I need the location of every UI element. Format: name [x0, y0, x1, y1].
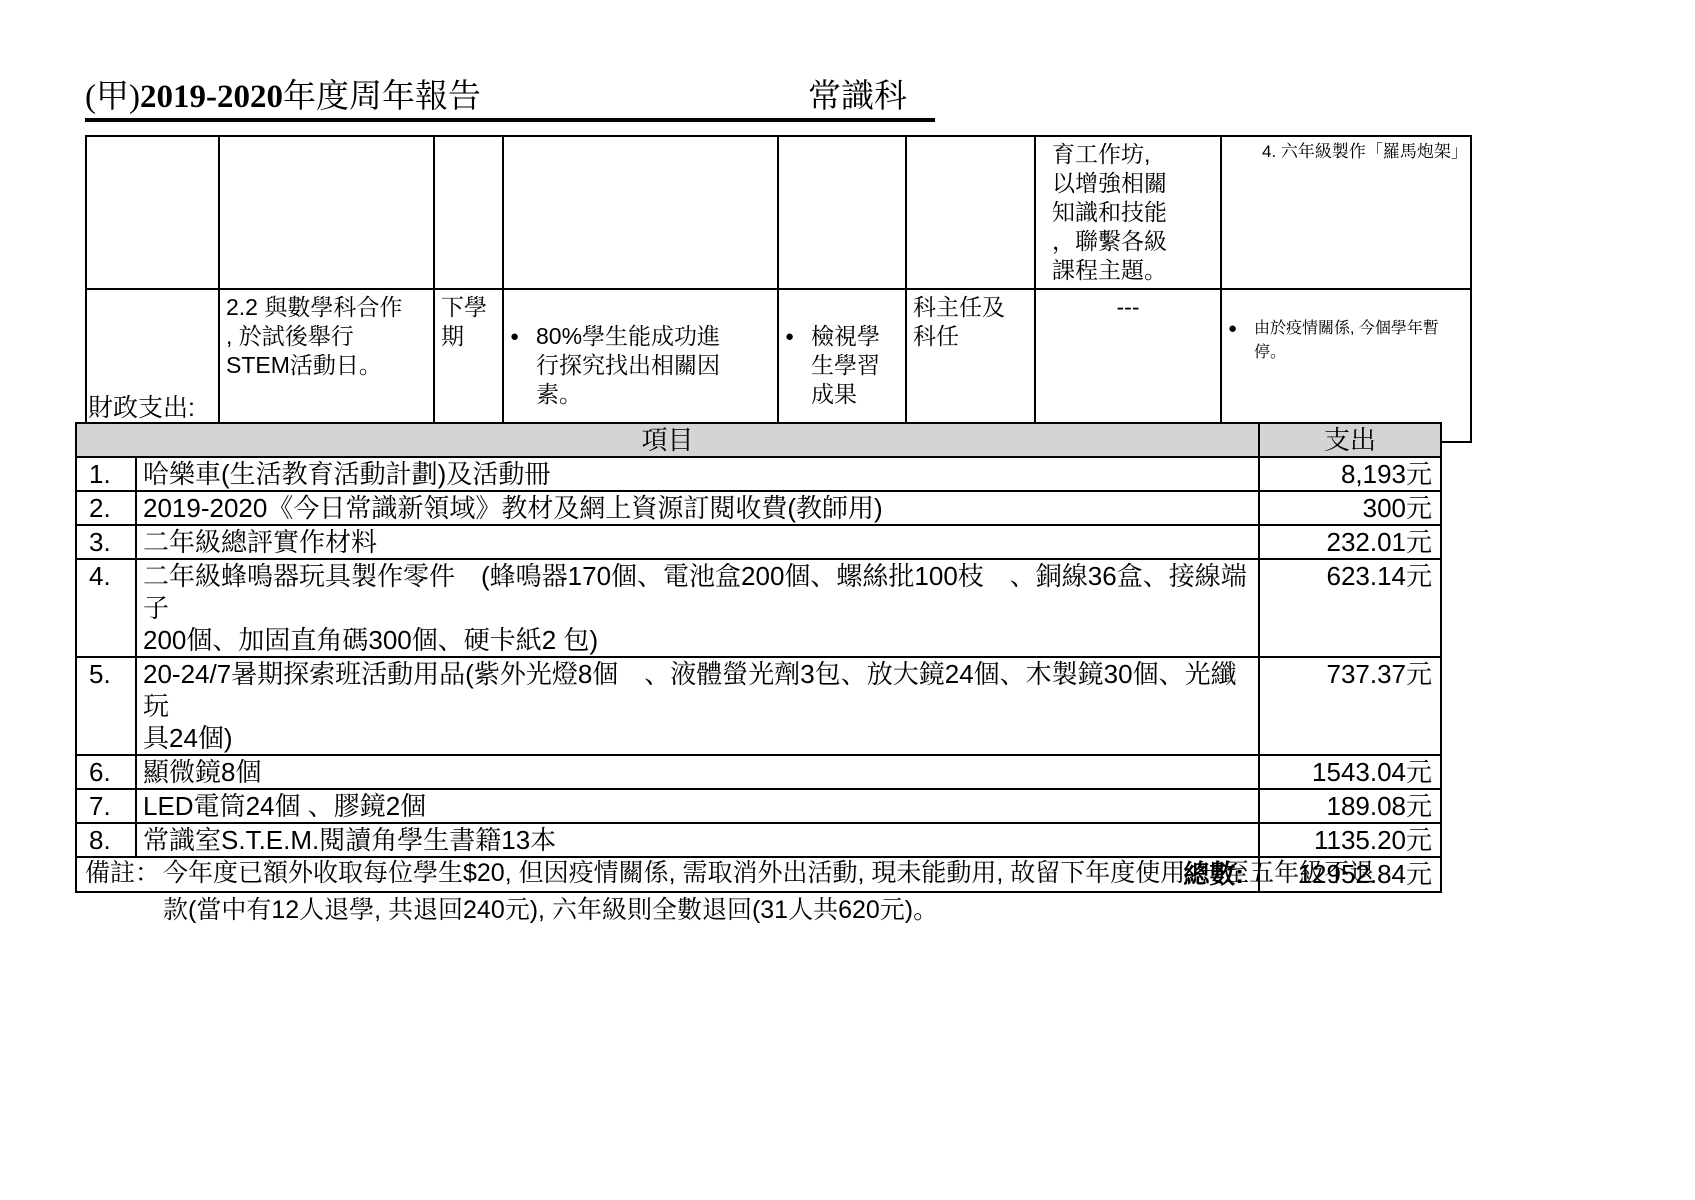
bullet-item: ● 檢視學 生學習 成果	[785, 322, 899, 409]
table-row: 3. 二年級總評實作材料 232.01元	[76, 525, 1441, 559]
cell-empty	[219, 136, 434, 289]
row-number: 6.	[76, 755, 136, 789]
bullet-icon: ●	[785, 322, 811, 409]
header-item: 項目	[76, 423, 1259, 457]
row-item: 2019-2020《今日常識新領域》教材及網上資源訂閱收費(教師用)	[136, 491, 1259, 525]
header-amount: 支出	[1259, 423, 1441, 457]
finance-section-label: 財政支出:	[88, 388, 195, 424]
title-subject: 常識科	[808, 76, 907, 118]
finance-table: 項目 支出 1. 哈樂車(生活教育活動計劃)及活動冊 8,193元 2. 201…	[75, 422, 1442, 893]
title-rest: 年度周年報告	[283, 79, 481, 115]
footnote-label: 備註：	[85, 855, 163, 929]
row-amount: 737.37元	[1259, 657, 1441, 755]
cell-empty	[778, 136, 906, 289]
bullet-item: ● 由於疫情關係, 今個學年暫停。	[1228, 317, 1464, 365]
row-number: 8.	[76, 823, 136, 857]
row-number: 1.	[76, 457, 136, 491]
bullet-item: ● 80%學生能成功進 行探究找出相關因 素。	[510, 322, 771, 409]
cell-empty	[906, 136, 1035, 289]
row-amount: 232.01元	[1259, 525, 1441, 559]
title-year: 2019-2020	[140, 79, 283, 115]
row-amount: 189.08元	[1259, 789, 1441, 823]
cell-success-criteria: ● 80%學生能成功進 行探究找出相關因 素。	[503, 289, 778, 442]
cell-remark-suspended: ● 由於疫情關係, 今個學年暫停。	[1221, 289, 1471, 442]
row-number: 4.	[76, 559, 136, 657]
table-row: 2.2 與數學科合作 , 於試後舉行 STEM活動日。 下學 期 ● 80%學生…	[86, 289, 1471, 442]
table-row: 1. 哈樂車(生活教育活動計劃)及活動冊 8,193元	[76, 457, 1441, 491]
table-row: 8. 常識室S.T.E.M.閱讀角學生書籍13本 1135.20元	[76, 823, 1441, 857]
cell-empty	[503, 136, 778, 289]
row-item: 二年級總評實作材料	[136, 525, 1259, 559]
cell-person-in-charge: 科主任及 科任	[906, 289, 1035, 442]
annual-report-table: 育工作坊, 以增強相關 知識和技能 ，聯繫各級 課程主題。 4. 六年級製作「羅…	[85, 135, 1472, 443]
cell-workshop-continuation: 育工作坊, 以增強相關 知識和技能 ，聯繫各級 課程主題。	[1035, 136, 1221, 289]
row-number: 5.	[76, 657, 136, 755]
row-number: 2.	[76, 491, 136, 525]
page-title: (甲)2019-2020年度周年報告 常識科	[85, 72, 935, 122]
title-left: (甲)2019-2020年度周年報告	[85, 76, 481, 118]
row-item: 顯微鏡8個	[136, 755, 1259, 789]
table-row: 2. 2019-2020《今日常識新領域》教材及網上資源訂閱收費(教師用) 30…	[76, 491, 1441, 525]
finance-header-row: 項目 支出	[76, 423, 1441, 457]
cell-dashes: ---	[1035, 289, 1221, 442]
table-row: 5. 20-24/7暑期探索班活動用品(紫外光燈8個 、液體螢光劑3包、放大鏡2…	[76, 657, 1441, 755]
title-prefix: (甲)	[85, 79, 140, 115]
bullet-text: 80%學生能成功進 行探究找出相關因 素。	[536, 322, 771, 409]
cell-empty	[86, 136, 219, 289]
row-amount: 300元	[1259, 491, 1441, 525]
row-amount: 8,193元	[1259, 457, 1441, 491]
document-page: (甲)2019-2020年度周年報告 常識科 育工作坊, 以增強相關 知識和技能…	[0, 0, 1695, 1200]
footnote-text: 今年度已額外收取每位學生$20, 但因疫情關係, 需取消外出活動, 現未能動用,…	[163, 855, 1595, 929]
footnote: 備註： 今年度已額外收取每位學生$20, 但因疫情關係, 需取消外出活動, 現未…	[85, 855, 1595, 929]
row-number: 3.	[76, 525, 136, 559]
table-row: 7. LED電筒24個 、膠鏡2個 189.08元	[76, 789, 1441, 823]
cell-stem-activity: 2.2 與數學科合作 , 於試後舉行 STEM活動日。	[219, 289, 434, 442]
bullet-text: 由於疫情關係, 今個學年暫停。	[1254, 317, 1464, 365]
table-row: 育工作坊, 以增強相關 知識和技能 ，聯繫各級 課程主題。 4. 六年級製作「羅…	[86, 136, 1471, 289]
table-row: 6. 顯微鏡8個 1543.04元	[76, 755, 1441, 789]
row-item: 常識室S.T.E.M.閱讀角學生書籍13本	[136, 823, 1259, 857]
row-amount: 1135.20元	[1259, 823, 1441, 857]
bullet-text: 檢視學 生學習 成果	[811, 322, 899, 409]
bullet-icon: ●	[1228, 317, 1254, 365]
cell-empty	[434, 136, 503, 289]
row-item: 20-24/7暑期探索班活動用品(紫外光燈8個 、液體螢光劑3包、放大鏡24個、…	[136, 657, 1259, 755]
bullet-icon: ●	[510, 322, 536, 409]
row-number: 7.	[76, 789, 136, 823]
row-item: 二年級蜂鳴器玩具製作零件 (蜂鳴器170個、電池盒200個、螺絲批100枝 、銅…	[136, 559, 1259, 657]
row-item: 哈樂車(生活教育活動計劃)及活動冊	[136, 457, 1259, 491]
row-item: LED電筒24個 、膠鏡2個	[136, 789, 1259, 823]
row-amount: 623.14元	[1259, 559, 1441, 657]
cell-term: 下學 期	[434, 289, 503, 442]
cell-evaluation-method: ● 檢視學 生學習 成果	[778, 289, 906, 442]
row-amount: 1543.04元	[1259, 755, 1441, 789]
table-row: 4. 二年級蜂鳴器玩具製作零件 (蜂鳴器170個、電池盒200個、螺絲批100枝…	[76, 559, 1441, 657]
cell-roman-catapult: 4. 六年級製作「羅馬炮架」	[1221, 136, 1471, 289]
